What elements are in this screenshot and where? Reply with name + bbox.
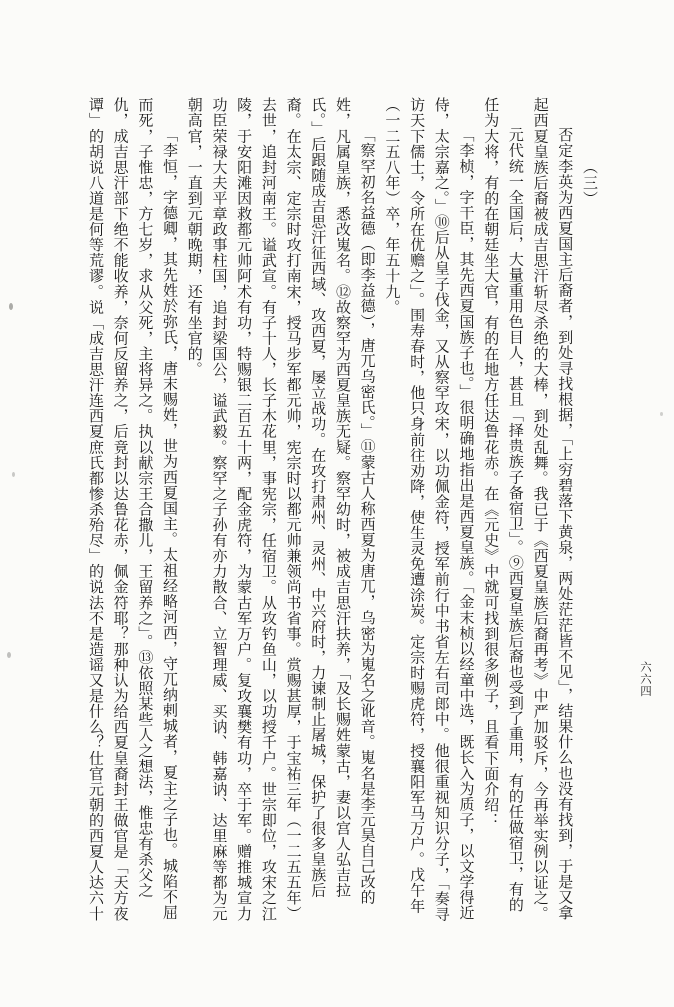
- paragraph: 元代统一全国后，大量重用色目人，甚且「择贵族子备宿卫」。⑨西夏皇族后裔也受到了重…: [477, 97, 526, 925]
- section-header: （三）: [576, 97, 601, 925]
- paragraph: 「察罕初名益德（即李益德），唐兀乌密氏。」⑪蒙古人称西夏为唐兀，乌密为嵬名之讹音…: [181, 97, 379, 925]
- scan-speckle: [7, 652, 11, 658]
- scan-speckle: [9, 303, 13, 310]
- body-text: （三） 否定李英为西夏国主后裔者，到处寻找根据，「上穷碧落下黄泉，两处茫茫皆不见…: [26, 97, 601, 925]
- paragraph: 「李恒，字德卿，其先姓於弥氏，唐末赐姓，世为西夏国主。太祖经略河西，守兀纳剌城者…: [82, 97, 181, 925]
- book-page: 六六四 （三） 否定李英为西夏国主后裔者，到处寻找根据，「上穷碧落下黄泉，两处茫…: [0, 0, 674, 1007]
- paragraph: 「李桢，字干臣，其先西夏国族子也。」很明确地指出是西夏皇族。「金末桢以经童中选，…: [379, 97, 478, 925]
- page-number: 六六四: [637, 661, 653, 697]
- scan-speckle: [660, 412, 663, 416]
- paragraph: 否定李英为西夏国主后裔者，到处寻找根据，「上穷碧落下黄泉，两处茫茫皆不见」，结果…: [527, 97, 576, 925]
- scan-speckle: [12, 472, 15, 477]
